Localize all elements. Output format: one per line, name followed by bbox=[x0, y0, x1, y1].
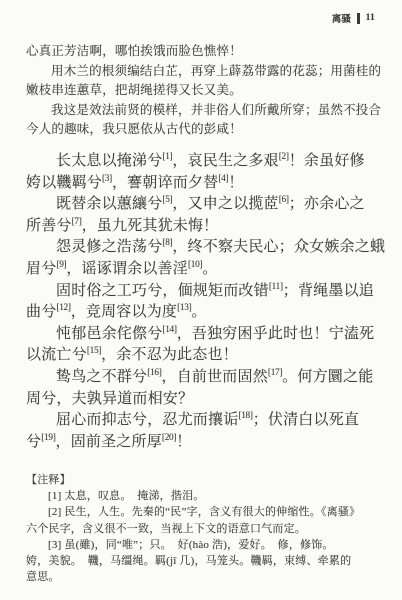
header-divider-bar bbox=[357, 13, 360, 24]
text-line: 今人的趣味，我只愿依从古代的彭咸！ bbox=[26, 120, 378, 140]
text-line: 我这是效法前贤的模样，并非俗人们所戴所穿；虽然不投合 bbox=[26, 101, 378, 121]
translation-section: 心真正芳洁啊，哪怕挨饿而脸色憔悴！用木兰的根须编结白芷，再穿上薜荔带露的花蕊；用… bbox=[26, 42, 378, 140]
page-header: 离骚 11 bbox=[332, 11, 375, 25]
text-line: 鸷鸟之不群兮[16]，自前世而固然[17]。何方圜之能 bbox=[26, 367, 378, 389]
text-line: [2] 民生，人生。先秦的“民”字，含义有很大的伸缩性。《离骚》 bbox=[26, 504, 378, 520]
text-line: 既替余以蕙纕兮[5]，又申之以揽茝[6]；亦余心之 bbox=[26, 194, 378, 216]
text-line: 姱以鞿羁兮[3]，謇朝谇而夕替[4]！ bbox=[26, 173, 378, 195]
book-page: 离骚 11 心真正芳洁啊，哪怕挨饿而脸色憔悴！用木兰的根须编结白芷，再穿上薜荔带… bbox=[0, 0, 402, 600]
text-line: 曲兮[12]，竞周容以为度[13]。 bbox=[26, 302, 378, 324]
text-line: 固时俗之工巧兮，偭规矩而改错[11]；背绳墨以追 bbox=[26, 281, 378, 303]
text-line: 六个民字，含义很不一致，当视上下文的语意口气而定。 bbox=[26, 521, 378, 537]
text-line: 姱，美貌。 鞿，马缰绳。羁(jī 几)，马笼头。鞿羁，束缚、牵累的 bbox=[26, 553, 378, 569]
text-line: 以流亡兮[15]，余不忍为此态也！ bbox=[26, 345, 378, 367]
text-line: 长太息以掩涕兮[1]，哀民生之多艰[2]！余虽好修 bbox=[26, 151, 378, 173]
text-line: 意思。 bbox=[26, 569, 378, 585]
text-line: 怨灵修之浩荡兮[8]，终不察夫民心；众女嫉余之蛾 bbox=[26, 237, 378, 259]
text-line: 周兮，夫孰异道而相安？ bbox=[26, 389, 378, 411]
text-line: [1] 太息，叹息。 掩涕，揩泪。 bbox=[26, 488, 378, 504]
text-line: 兮[19]，固前圣之所厚[20]！ bbox=[26, 432, 378, 454]
notes-section: 【注释】 [1] 太息，叹息。 掩涕，揩泪。[2] 民生，人生。先秦的“民”字，… bbox=[26, 472, 378, 585]
text-line: 忳郁邑余侘傺兮[14]，吾独穷困乎此时也！宁溘死 bbox=[26, 324, 378, 346]
book-title: 离骚 bbox=[332, 11, 351, 25]
text-line: 心真正芳洁啊，哪怕挨饿而脸色憔悴！ bbox=[26, 42, 378, 62]
text-line: 眉兮[9]，谣诼谓余以善淫[10]。 bbox=[26, 259, 378, 281]
poem-section: 长太息以掩涕兮[1]，哀民生之多艰[2]！余虽好修姱以鞿羁兮[3]，謇朝谇而夕替… bbox=[26, 151, 378, 453]
page-number: 11 bbox=[366, 13, 375, 23]
text-line: 用木兰的根须编结白芷，再穿上薜荔带露的花蕊；用菌桂的 bbox=[26, 62, 378, 82]
notes-heading: 【注释】 bbox=[26, 472, 378, 488]
text-line: [3] 虽(雖)，同“唯”；只。 好(hào 浩)，爱好。 修，修饰。 bbox=[26, 537, 378, 553]
text-line: 所善兮[7]，虽九死其犹未悔！ bbox=[26, 216, 378, 238]
notes-lines: [1] 太息，叹息。 掩涕，揩泪。[2] 民生，人生。先秦的“民”字，含义有很大… bbox=[26, 488, 378, 585]
text-line: 嫩枝串连蕙草，把胡绳搓得又长又美。 bbox=[26, 81, 378, 101]
text-line: 屈心而抑志兮，忍尤而攘诟[18]；伏清白以死直 bbox=[26, 410, 378, 432]
